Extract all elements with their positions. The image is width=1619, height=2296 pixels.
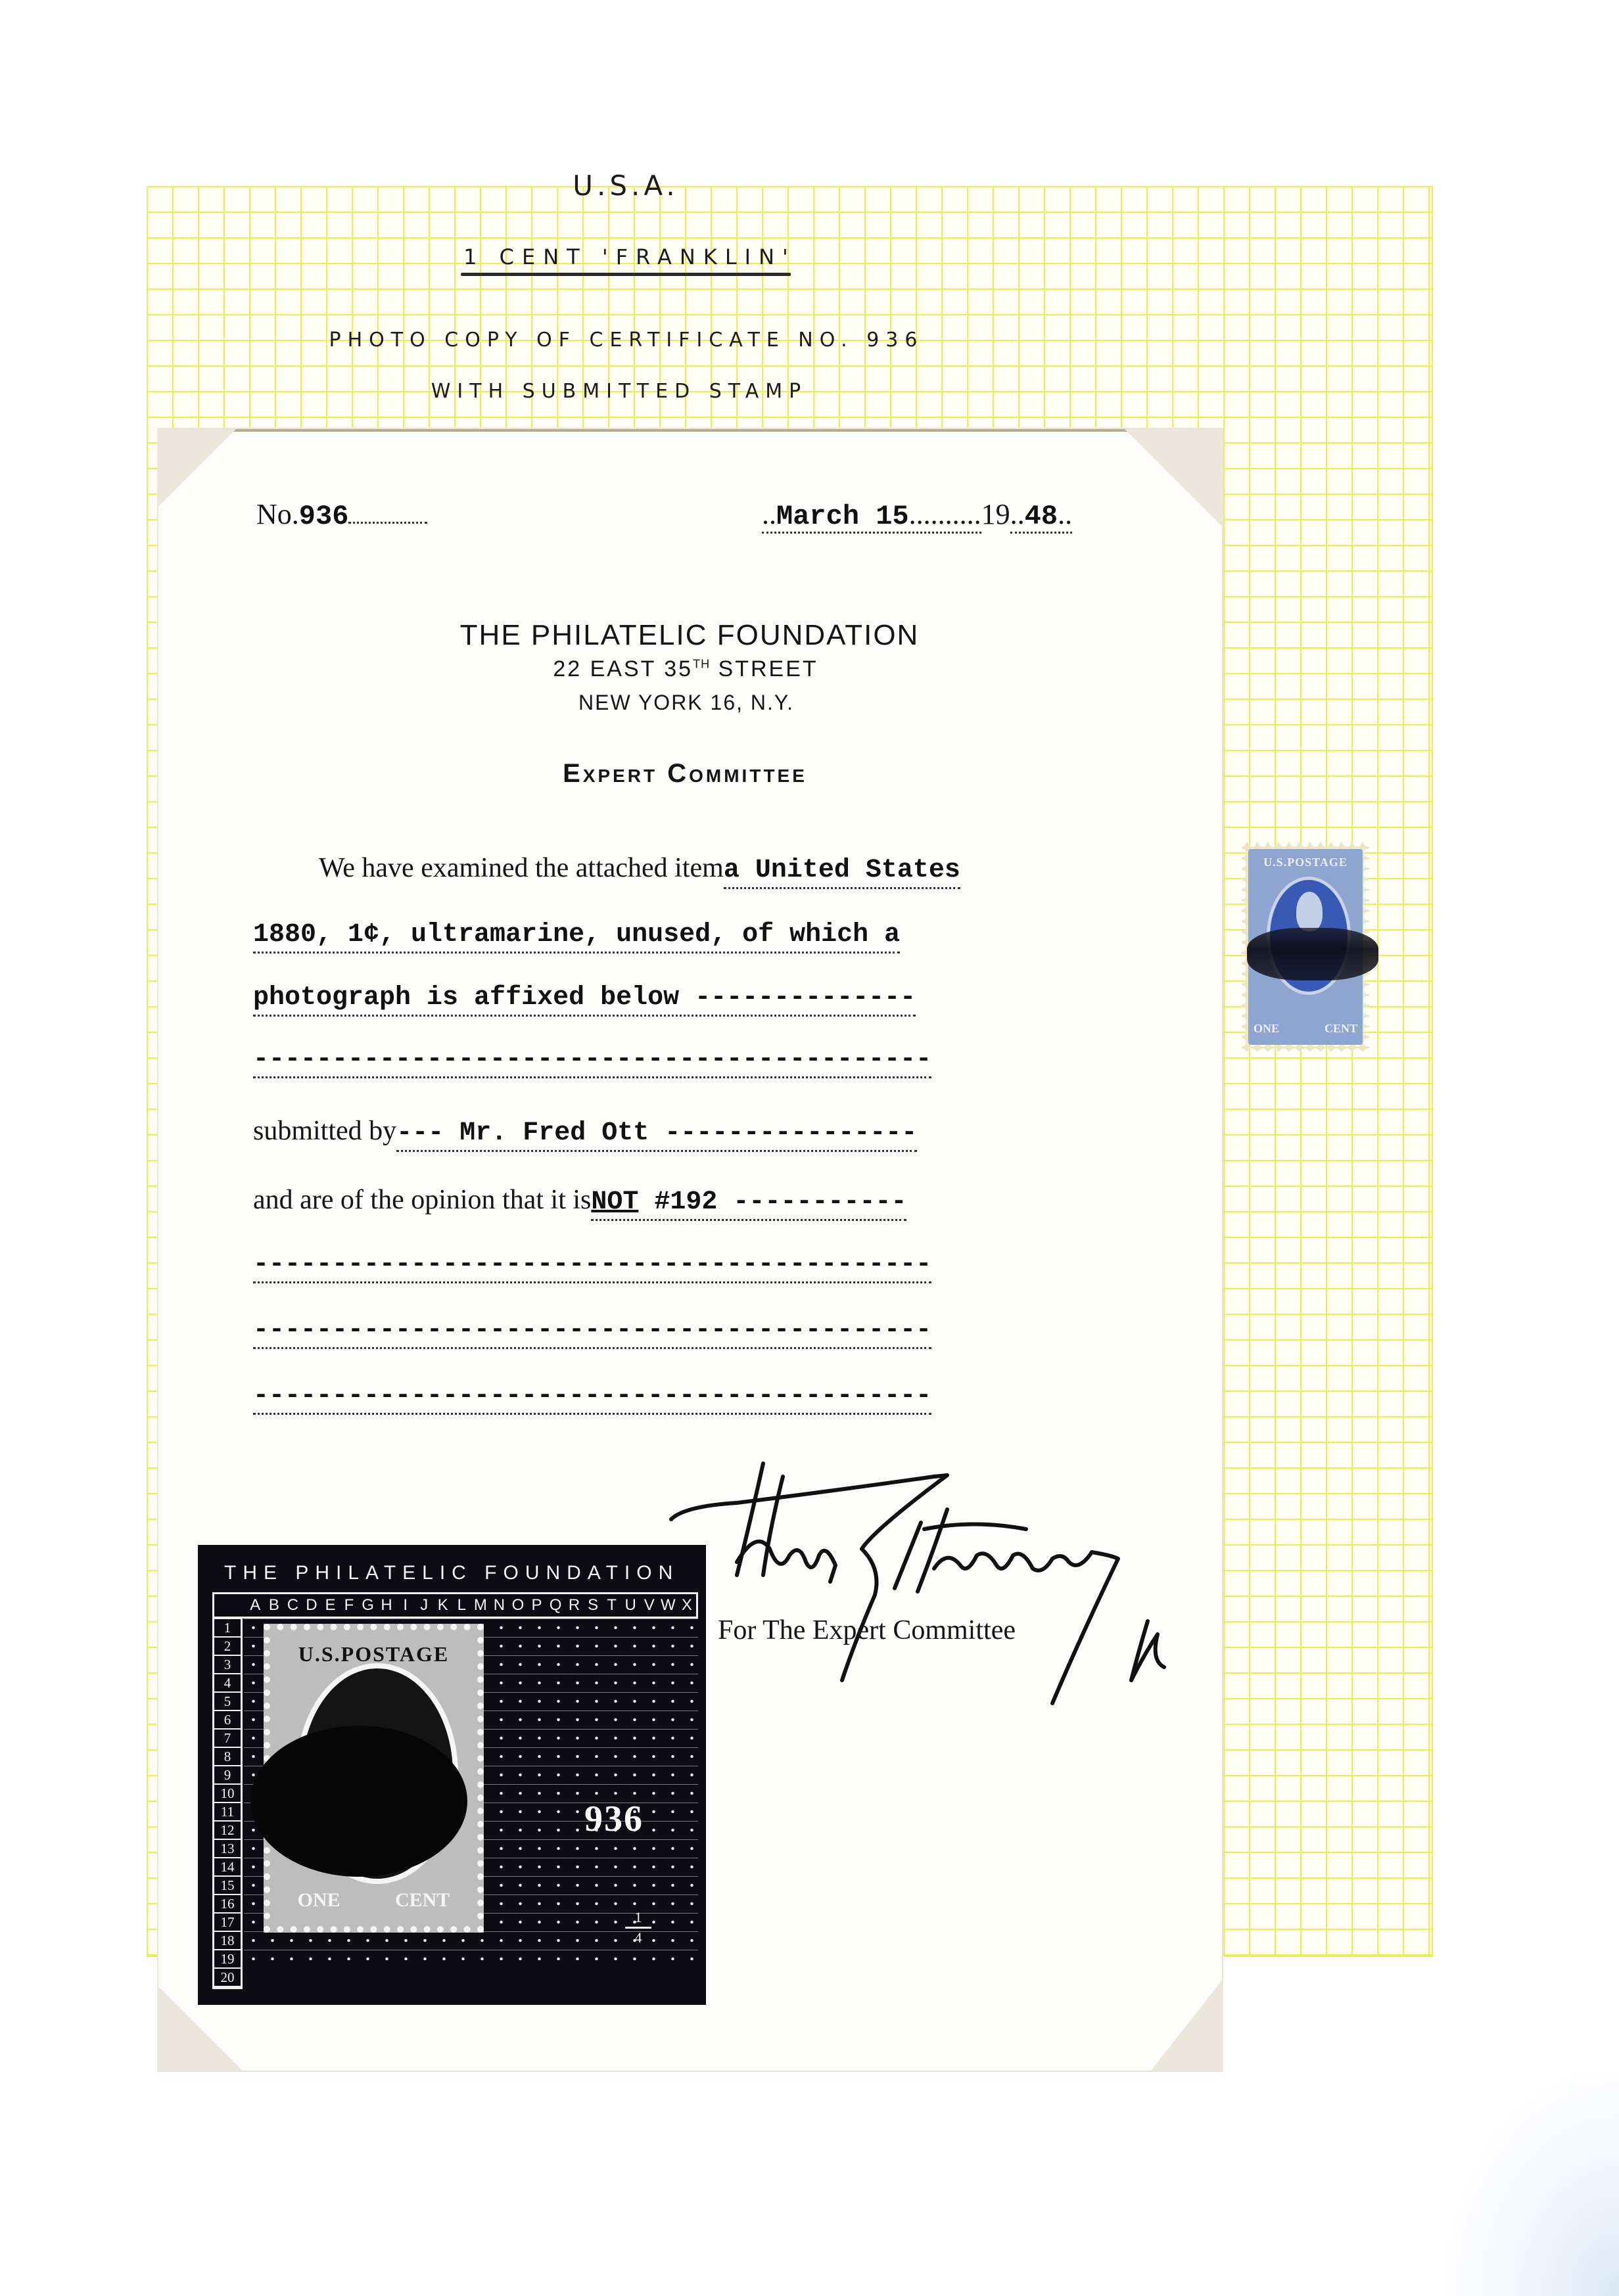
expert-certificate: No.936 ..March 15..........19..48.. THE … bbox=[158, 429, 1222, 2071]
submitted-by-line: submitted by--- Mr. Fred Ott -----------… bbox=[253, 1115, 917, 1152]
album-subtitle-line1: PHOTO COPY OF CERTIFICATE NO. 936 bbox=[329, 329, 924, 352]
photo-row-label: 1 bbox=[214, 1619, 241, 1638]
photo-column-label: U bbox=[621, 1596, 640, 1615]
photo-column-label: F bbox=[340, 1596, 359, 1615]
photo-column-label: I bbox=[396, 1596, 415, 1615]
photo-certificate-number: 936 bbox=[584, 1798, 644, 1840]
photo-column-label: T bbox=[602, 1596, 621, 1615]
photo-row-label: 10 bbox=[214, 1785, 241, 1803]
photo-column-label: E bbox=[321, 1596, 340, 1615]
photo-row-label: 17 bbox=[214, 1914, 241, 1932]
dotted-fill bbox=[348, 521, 427, 524]
stamp-face: U.S.POSTAGE ONE CENT bbox=[1248, 849, 1363, 1045]
photo-column-label: P bbox=[527, 1596, 546, 1615]
photo-row-label: 9 bbox=[214, 1766, 241, 1785]
photo-row-label: 16 bbox=[214, 1895, 241, 1914]
scan-corner-tint bbox=[1448, 2073, 1619, 2296]
photo-mount-corner bbox=[1125, 429, 1223, 528]
opinion-verdict: NOT bbox=[591, 1187, 638, 1217]
certificate-date: ..March 15..........19..48.. bbox=[762, 497, 1072, 532]
photo-column-label: R bbox=[565, 1596, 584, 1615]
photo-row-label: 20 bbox=[214, 1969, 241, 1987]
franklin-portrait bbox=[1296, 892, 1323, 931]
photo-stamp-top-text: U.S.POSTAGE bbox=[270, 1642, 477, 1666]
photo-mount-corner bbox=[157, 429, 236, 508]
blank-line: ----------------------------------------… bbox=[253, 1378, 1127, 1415]
opinion-line: and are of the opinion that it isNOT #19… bbox=[253, 1184, 906, 1221]
photo-row-label: 8 bbox=[214, 1748, 241, 1766]
photo-row-label: 7 bbox=[214, 1730, 241, 1748]
photo-row-label: 15 bbox=[214, 1877, 241, 1895]
signature-scribble bbox=[658, 1444, 1217, 1707]
date-year: 48 bbox=[1025, 501, 1058, 532]
photo-row-label: 4 bbox=[214, 1674, 241, 1693]
organization-address: 22 EAST 35TH STREET bbox=[553, 656, 818, 682]
signature-caption: For The Expert Committee bbox=[718, 1615, 1016, 1646]
cancellation-smudge bbox=[250, 1726, 467, 1877]
photo-column-label: D bbox=[302, 1596, 321, 1615]
photo-column-label: K bbox=[433, 1596, 452, 1615]
album-subtitle-line2: WITH SUBMITTED STAMP bbox=[431, 380, 808, 403]
body-line-4: ----------------------------------------… bbox=[253, 1042, 1127, 1078]
stamp-denomination: ONE CENT bbox=[1254, 1022, 1357, 1036]
photo-stamp-image: U.S.POSTAGE ONE CENT bbox=[264, 1624, 484, 1933]
opinion-catalog-number: #192 ----------- bbox=[638, 1187, 906, 1217]
submitted-stamp: U.S.POSTAGE ONE CENT bbox=[1242, 842, 1369, 1051]
certificate-number-label: No. bbox=[256, 498, 299, 530]
date-century: 19 bbox=[981, 498, 1010, 530]
photo-row-label: 14 bbox=[214, 1858, 241, 1877]
album-country-heading: U.S.A. bbox=[573, 170, 678, 202]
photo-row-scale: 1234567891011121314151617181920 bbox=[212, 1617, 243, 1989]
photo-column-label: V bbox=[640, 1596, 659, 1615]
committee-heading: Expert Committee bbox=[563, 759, 807, 789]
photo-column-label: A bbox=[246, 1596, 265, 1615]
blank-line: ----------------------------------------… bbox=[253, 1247, 1127, 1283]
photo-row-label: 19 bbox=[214, 1950, 241, 1969]
body-line-3: photograph is affixed below ------------… bbox=[253, 980, 916, 1017]
certificate-number: No.936 bbox=[256, 497, 427, 532]
photo-mount-corner bbox=[1151, 1979, 1223, 2071]
photo-column-label: N bbox=[490, 1596, 509, 1615]
photo-column-scale: ABCDEFGHIJKLMNOPQRSTUVWX bbox=[212, 1592, 698, 1619]
photo-row-label: 5 bbox=[214, 1693, 241, 1711]
organization-city: NEW YORK 16, N.Y. bbox=[578, 691, 794, 715]
organization-name: THE PHILATELIC FOUNDATION bbox=[460, 619, 920, 652]
certificate-number-value: 936 bbox=[299, 501, 349, 532]
body-line-2: 1880, 1¢, ultramarine, unused, of which … bbox=[253, 917, 900, 953]
photo-column-label: J bbox=[415, 1596, 434, 1615]
photo-row-label: 12 bbox=[214, 1822, 241, 1840]
album-stamp-title: 1 CENT 'FRANKLIN' bbox=[463, 244, 796, 269]
stamp-cancellation bbox=[1247, 928, 1378, 980]
photo-scale-marker: 1 4 bbox=[625, 1910, 651, 1946]
photo-row-label: 3 bbox=[214, 1656, 241, 1674]
certificate-stamp-photo: THE PHILATELIC FOUNDATION ABCDEFGHIJKLMN… bbox=[198, 1545, 706, 2005]
stamp-top-text: U.S.POSTAGE bbox=[1248, 856, 1363, 869]
photo-column-label: L bbox=[452, 1596, 471, 1615]
body-line-1: We have examined the attached itema Unit… bbox=[319, 852, 960, 889]
photo-column-label: M bbox=[471, 1596, 490, 1615]
photo-column-label: S bbox=[584, 1596, 603, 1615]
photo-stamp-denomination: ONE CENT bbox=[270, 1889, 477, 1912]
photo-row-label: 13 bbox=[214, 1840, 241, 1858]
photo-column-label: B bbox=[265, 1596, 284, 1615]
photo-column-label: G bbox=[358, 1596, 377, 1615]
photo-row-label: 11 bbox=[214, 1803, 241, 1822]
photo-column-label: O bbox=[509, 1596, 528, 1615]
photo-column-label: H bbox=[377, 1596, 396, 1615]
photo-column-label: Q bbox=[546, 1596, 565, 1615]
date-month-day: March 15 bbox=[776, 501, 909, 532]
photo-row-label: 6 bbox=[214, 1711, 241, 1730]
photo-header: THE PHILATELIC FOUNDATION bbox=[224, 1562, 679, 1584]
blank-line: ----------------------------------------… bbox=[253, 1312, 1127, 1349]
photo-row-label: 2 bbox=[214, 1638, 241, 1656]
submitter-name: --- Mr. Fred Ott ---------------- bbox=[396, 1118, 917, 1152]
photo-column-label: C bbox=[283, 1596, 302, 1615]
photo-row-label: 18 bbox=[214, 1932, 241, 1950]
